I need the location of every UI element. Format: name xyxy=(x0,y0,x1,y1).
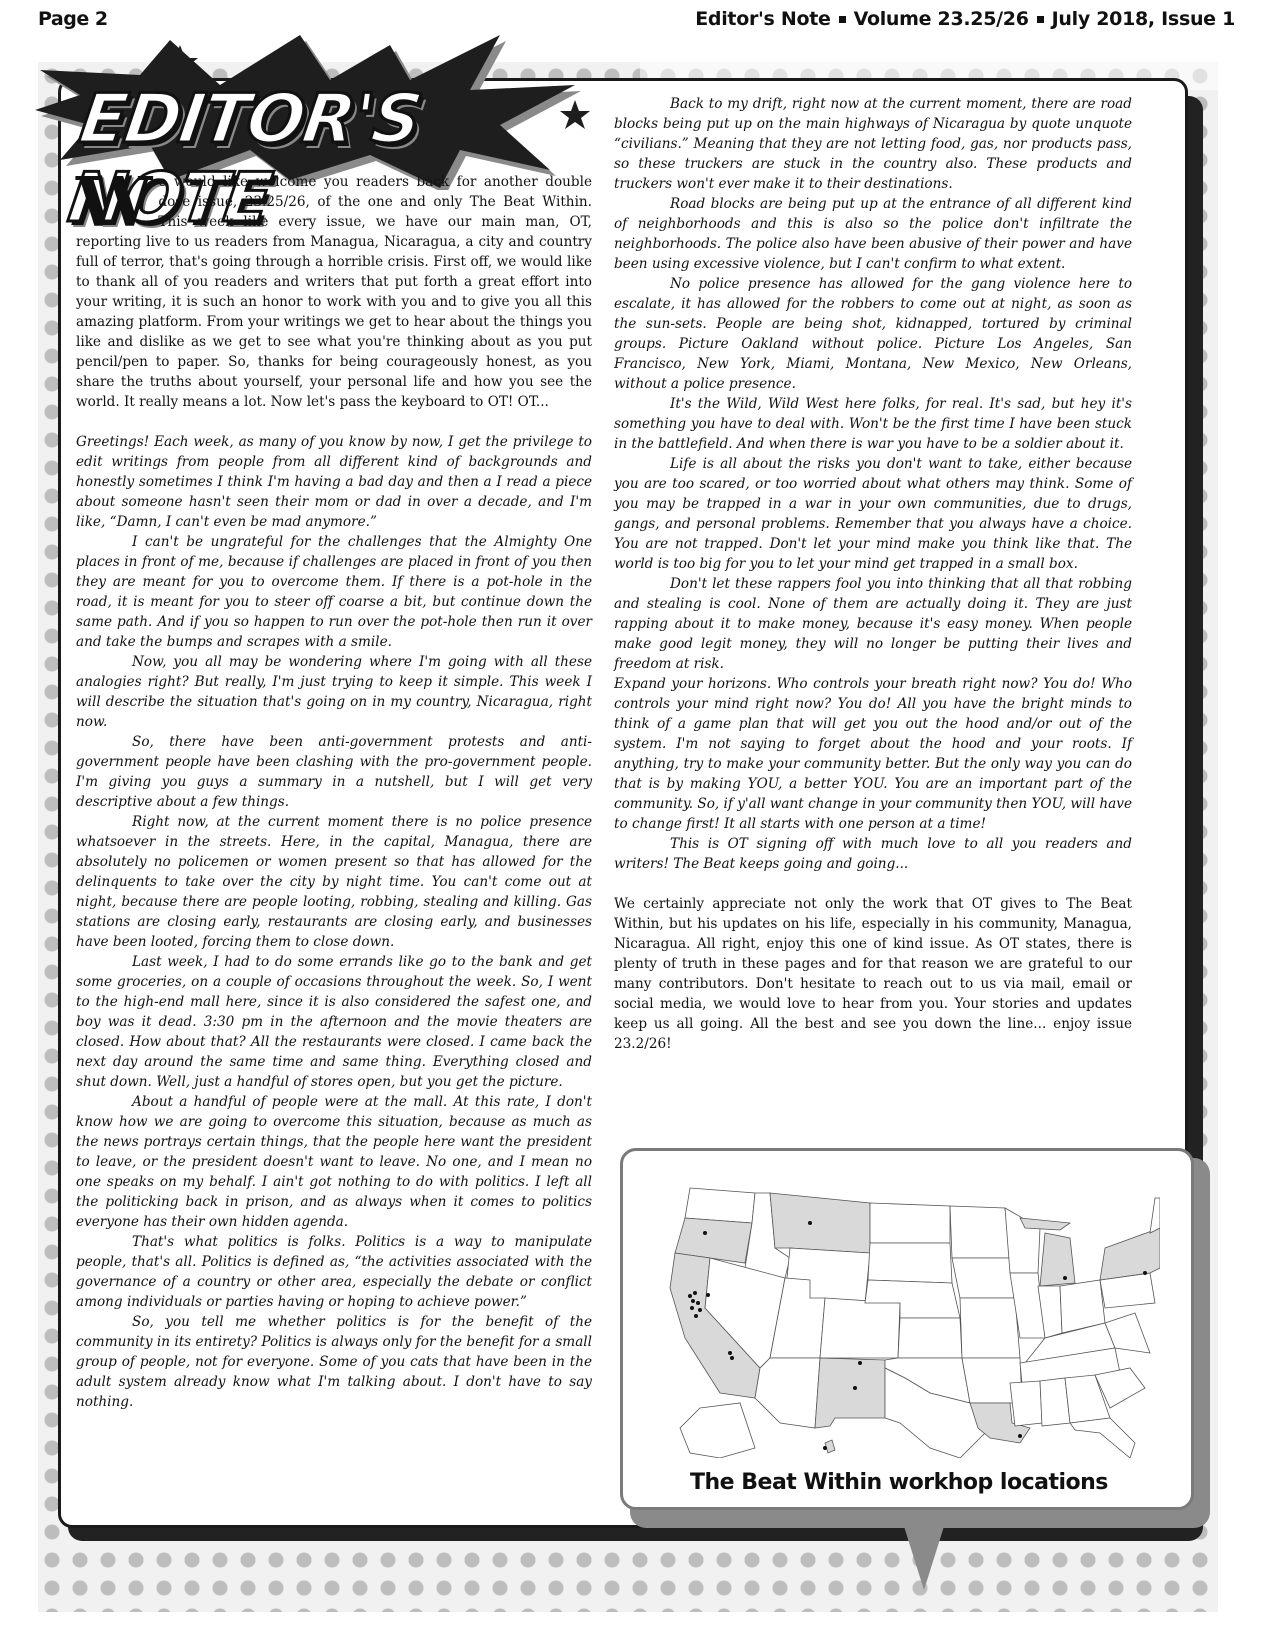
ot-paragraph: I can't be ungrateful for the challenges… xyxy=(76,532,592,652)
ot-paragraph: Don't let these rappers fool you into th… xyxy=(614,574,1132,674)
ot-paragraph: So, you tell me whether politics is for … xyxy=(76,1312,592,1412)
closing-paragraph: We certainly appreciate not only the wor… xyxy=(614,894,1132,1054)
ot-paragraph: That's what politics is folks. Politics … xyxy=(76,1232,592,1312)
ot-paragraph: Back to my drift, right now at the curre… xyxy=(614,94,1132,194)
ot-paragraph: Expand your horizons. Who controls your … xyxy=(614,674,1132,834)
right-column: Back to my drift, right now at the curre… xyxy=(614,94,1132,1054)
us-map-icon xyxy=(660,1168,1160,1458)
ot-signoff: This is OT signing off with much love to… xyxy=(614,834,1132,874)
ot-paragraph: So, there have been anti-government prot… xyxy=(76,732,592,812)
ot-paragraph: It's the Wild, Wild West here folks, for… xyxy=(614,394,1132,454)
intro-paragraph: We would like welcome you readers back f… xyxy=(76,172,592,412)
ot-paragraph: Last week, I had to do some errands like… xyxy=(76,952,592,1092)
square-bullet-icon xyxy=(839,16,846,23)
ot-paragraph: Life is all about the risks you don't wa… xyxy=(614,454,1132,574)
issue-date: July 2018, Issue 1 xyxy=(1052,8,1235,30)
intro-text: e would like welcome you readers back fo… xyxy=(76,174,592,410)
ot-paragraph: Road blocks are being put up at the entr… xyxy=(614,194,1132,274)
drop-cap: W xyxy=(76,174,152,232)
square-bullet-icon xyxy=(1037,16,1044,23)
ot-paragraph: Now, you all may be wondering where I'm … xyxy=(76,652,592,732)
section-name: Editor's Note xyxy=(695,8,830,30)
callout-tail xyxy=(902,1520,946,1590)
ot-paragraph: Right now, at the current moment there i… xyxy=(76,812,592,952)
left-column: We would like welcome you readers back f… xyxy=(76,172,592,1412)
ot-paragraph: No police presence has allowed for the g… xyxy=(614,274,1132,394)
ot-paragraph: Greetings! Each week, as many of you kno… xyxy=(76,432,592,532)
map-caption: The Beat Within workhop locations xyxy=(690,1470,1108,1495)
volume-label: Volume 23.25/26 xyxy=(854,8,1029,30)
issue-info: Editor's Note Volume 23.25/26 July 2018,… xyxy=(695,8,1235,30)
ot-paragraph: About a handful of people were at the ma… xyxy=(76,1092,592,1232)
page-number: Page 2 xyxy=(38,8,108,30)
